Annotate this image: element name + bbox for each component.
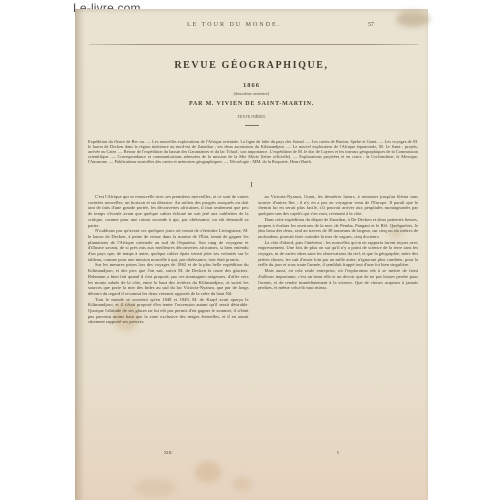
paragraph: Mais aussi, en cela seule entreprise, où… xyxy=(258,268,419,291)
byline: PAR M. VIVIEN DE SAINT-MARTIN. xyxy=(75,101,428,107)
left-column: C'est l'Afrique qui se renouvelle avec s… xyxy=(88,194,249,456)
paragraph: C'est l'Afrique qui se renouvelle avec s… xyxy=(88,194,249,228)
paragraph: au Victoria-Nyanza, Grant, les dernières… xyxy=(258,194,419,217)
page-number: 57 xyxy=(368,22,374,28)
right-column: au Victoria-Nyanza, Grant, les dernières… xyxy=(258,194,419,456)
section-numeral: I xyxy=(75,181,428,189)
left-signature-mark: XIII. xyxy=(88,450,249,456)
paragraph: Tout le monde se souvient qu'en 1848 et … xyxy=(88,297,249,326)
two-column-text: C'est l'Afrique qui se renouvelle avec s… xyxy=(88,194,418,464)
paragraph: Dans cette expédition du départ de Zanzi… xyxy=(258,217,419,240)
header-rule xyxy=(89,44,418,45)
sommaire-paragraph: Expédition du fleuve de Bec-ou. — Les no… xyxy=(88,139,418,164)
running-header: LE TOUR DU MONDE. 57 xyxy=(88,22,418,30)
left-column-paragraphs: C'est l'Afrique qui se renouvelle avec s… xyxy=(88,194,249,325)
separator-dash xyxy=(245,125,259,126)
paragraph: N'oublions pas qu'avant ces quelques jou… xyxy=(88,228,249,262)
scanned-book-page: LE TOUR DU MONDE. 57 REVUE GÉOGRAPHIQUE,… xyxy=(75,9,428,500)
paragraph: La côte d'abord, puis l'intérieur ; les … xyxy=(258,240,419,269)
journal-title: LE TOUR DU MONDE. xyxy=(187,22,281,28)
product-photo-canvas: { "watermark": "Le-livre.com", "page": {… xyxy=(0,0,500,500)
foxing-stain xyxy=(195,461,221,483)
right-signature-mark: 5 xyxy=(258,450,419,456)
right-column-paragraphs: au Victoria-Nyanza, Grant, les dernières… xyxy=(258,194,419,291)
edition-note: TEXTE INÉDIT. xyxy=(75,114,428,119)
semester-note: (deuxième semestre) xyxy=(75,91,428,96)
foxing-stain xyxy=(135,479,175,497)
article-year: 1866 xyxy=(75,82,428,89)
foxing-stain xyxy=(233,477,251,491)
article-title: REVUE GÉOGRAPHIQUE, xyxy=(75,60,428,71)
paragraph: Sur les mesures prises lors des voyages … xyxy=(88,262,249,296)
